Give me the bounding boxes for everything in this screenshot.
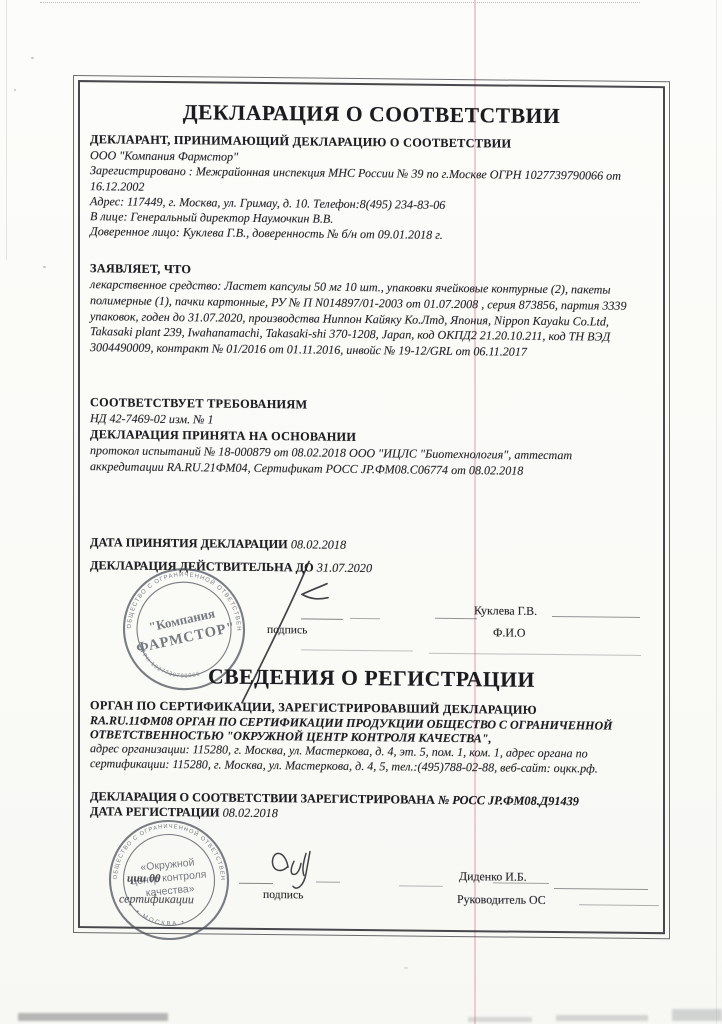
signature-caption: подпись	[263, 888, 303, 901]
scan-background: ДЕКЛАРАЦИЯ О СООТВЕТСТВИИ ДЕКЛАРАНТ, ПРИ…	[0, 0, 722, 1024]
adoption-date-row: ДАТА ПРИНЯТИЯ ДЕКЛАРАЦИИ 08.02.2018	[90, 535, 346, 553]
conformity-section-header: СООТВЕТСТВУЕТ ТРЕБОВАНИЯМ	[90, 395, 307, 412]
svg-text:• МОСКВА •: • МОСКВА •	[134, 908, 186, 927]
scan-speck	[31, 57, 34, 59]
scan-top-edge-line	[40, 2, 640, 3]
scan-speck	[404, 967, 408, 969]
ockk-stamp: ОБЩЕСТВО С ОГРАНИЧЕННОЙ ОТВЕТСТВЕННОСТЬЮ…	[107, 817, 231, 942]
basis-section-header: ДЕКЛАРАЦИЯ ПРИНЯТА НА ОСНОВАНИИ	[90, 427, 356, 445]
product-description: лекарственное средство: Ластет капсулы 5…	[90, 277, 627, 362]
statement-section-header: ЗАЯВЛЯЕТ, ЧТО	[90, 261, 191, 277]
fio-caption: Ф.И.О	[493, 625, 526, 640]
adoption-date-label: ДАТА ПРИНЯТИЯ ДЕКЛАРАЦИИ	[90, 535, 288, 551]
registrar-signatory-role: Руководитель ОС	[457, 892, 546, 908]
scan-bottom-smudge	[556, 1015, 648, 1021]
scanned-declaration-page: { "title": "ДЕКЛАРАЦИЯ О СООТВЕТСТВИИ", …	[0, 0, 722, 1024]
scan-speck	[14, 89, 16, 91]
scan-right-edge-line	[716, 0, 717, 1024]
registrar-signatory-name: Диденко И.Б.	[459, 869, 527, 885]
scan-speck	[43, 266, 46, 268]
declaration-document: ДЕКЛАРАЦИЯ О СООТВЕТСТВИИ ДЕКЛАРАНТ, ПРИ…	[73, 75, 670, 939]
declarant-signatory-name: Куклева Г.В.	[474, 603, 537, 619]
certification-body-address: адрес организации: 115280, г. Москва, ул…	[90, 741, 598, 777]
scan-left-edge-line	[6, 0, 7, 260]
registration-number-value: № РОСС JP.ФМ08.Д91439	[438, 793, 579, 808]
declarant-details: ООО "Компания Фармстор" Зарегистрировано…	[90, 148, 621, 245]
basis-details: протокол испытаний № 18-000879 от 08.02.…	[90, 443, 572, 479]
ockk-stamp-ring-bottom: • МОСКВА •	[134, 908, 186, 927]
conformity-standard: НД 42-7469-02 изм. № 1	[90, 411, 214, 427]
scan-bottom-smudge	[468, 1017, 532, 1022]
signature-caption: подпись	[267, 623, 307, 636]
scan-bottom-smudge	[18, 1013, 168, 1021]
scan-bottom-smudge	[672, 1009, 722, 1021]
adoption-date-value: 08.02.2018	[291, 537, 346, 552]
